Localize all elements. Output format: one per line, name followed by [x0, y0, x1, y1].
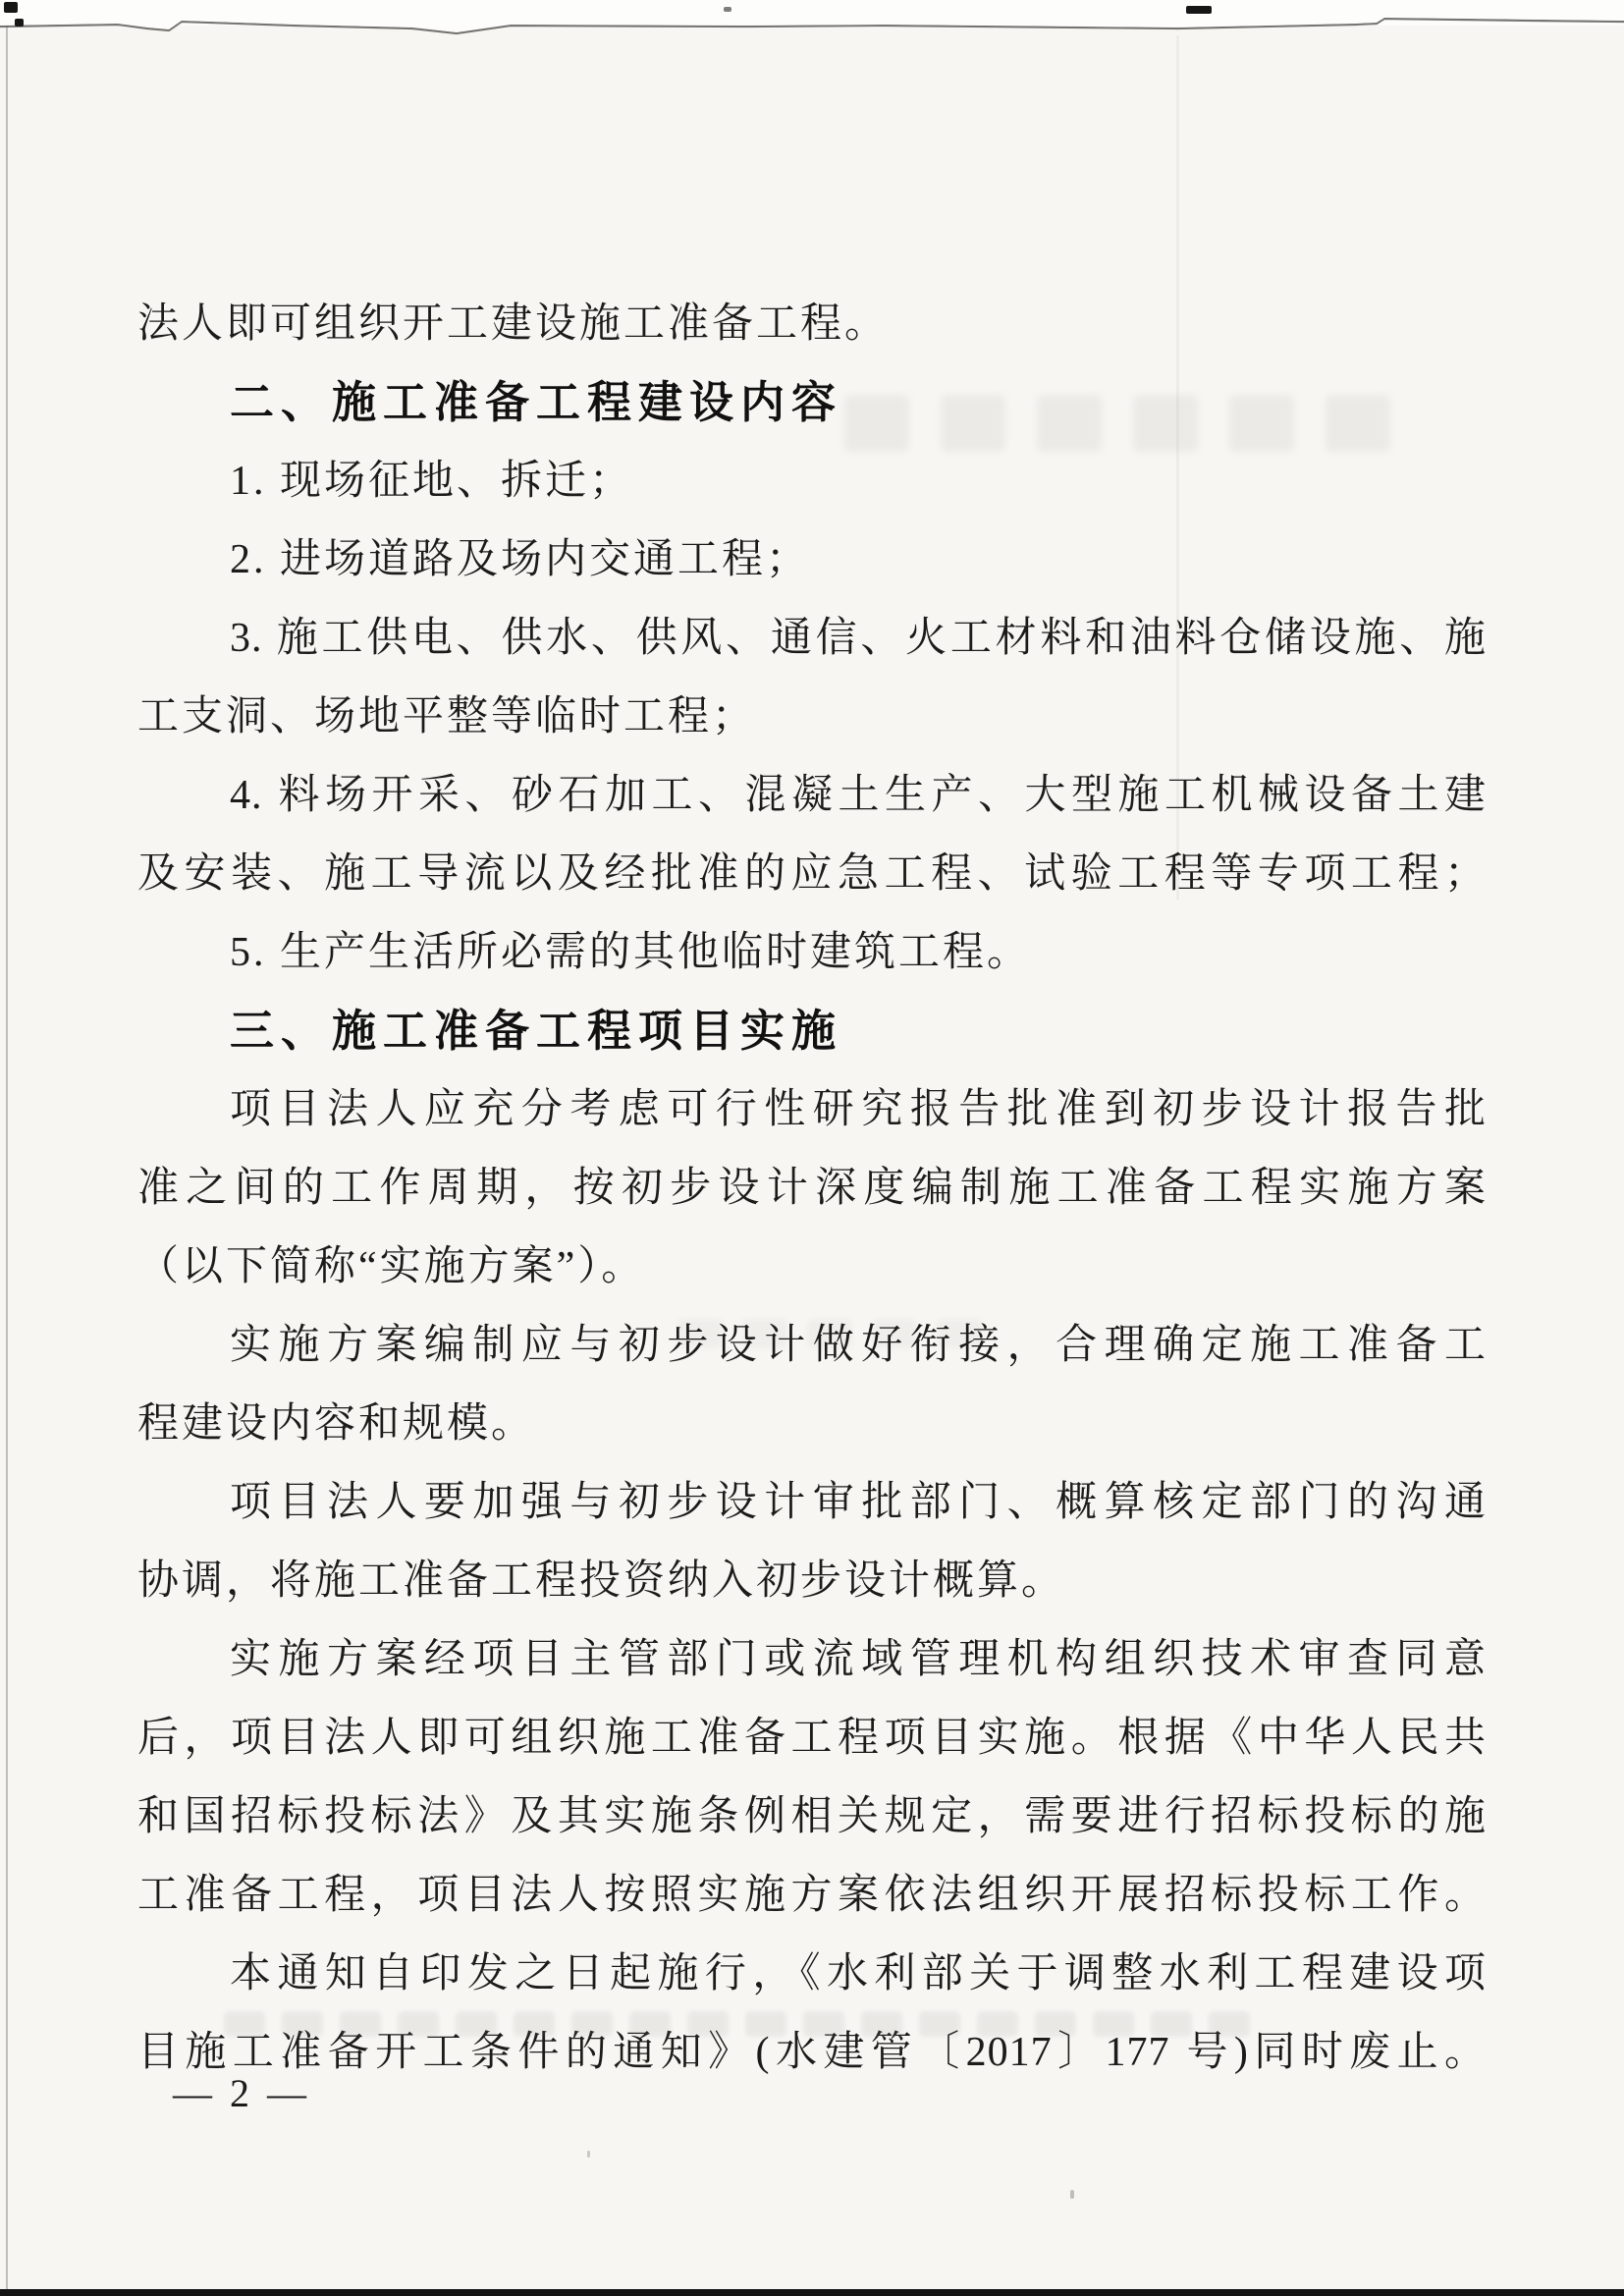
text-line: 1. 现场征地、拆迁； — [137, 442, 1487, 520]
text-line: 工支洞、场地平整等临时工程； — [137, 678, 1487, 756]
text-line: 准之间的工作周期，按初步设计深度编制施工准备工程实施方案 — [137, 1149, 1487, 1228]
document-body: 法人即可组织开工建设施工准备工程。二、施工准备工程建设内容1. 现场征地、拆迁；… — [137, 285, 1487, 2092]
bleed-through-ghost — [456, 2011, 497, 2037]
text-line: 协调，将施工准备工程投资纳入初步设计概算。 — [137, 1542, 1487, 1620]
scan-speck — [1070, 2190, 1074, 2199]
bleed-through-ghost — [687, 2011, 729, 2037]
scan-speck — [724, 7, 731, 12]
text-line: 2. 进场道路及场内交通工程； — [137, 520, 1487, 599]
bleed-through-ghost — [919, 2011, 960, 2037]
bleed-through-ghost — [977, 2011, 1018, 2037]
text-line: 实施方案编制应与初步设计做好衔接，合理确定施工准备工 — [137, 1306, 1487, 1385]
text-line: 项目法人应充分考虑可行性研究报告批准到初步设计报告批 — [137, 1070, 1487, 1149]
bleed-through-ghost — [282, 2011, 323, 2037]
bleed-through-ghost — [1151, 2011, 1192, 2037]
scanned-document-page: 法人即可组织开工建设施工准备工程。二、施工准备工程建设内容1. 现场征地、拆迁；… — [0, 0, 1624, 2296]
text-line: 工准备工程，项目法人按照实施方案依法组织开展招标投标工作。 — [137, 1856, 1487, 1935]
text-line: 项目法人要加强与初步设计审批部门、概算核定部门的沟通 — [137, 1463, 1487, 1542]
scan-speck — [15, 19, 24, 27]
bleed-through-ghost — [1035, 2011, 1076, 2037]
page-number: — 2 — — [173, 2064, 310, 2123]
bleed-through-ghost — [224, 2011, 265, 2037]
text-line: 程建设内容和规模。 — [137, 1385, 1487, 1463]
text-line: 法人即可组织开工建设施工准备工程。 — [137, 285, 1487, 363]
text-line: 及安装、施工导流以及经批准的应急工程、试验工程等专项工程； — [137, 835, 1487, 913]
bleed-through-ghost — [745, 2011, 786, 2037]
page-top-edge-line — [0, 0, 1624, 43]
section-heading: 三、施工准备工程项目实施 — [137, 992, 1487, 1070]
text-line: 实施方案经项目主管部门或流域管理机构组织技术审查同意 — [137, 1620, 1487, 1699]
page-left-edge — [6, 26, 8, 2290]
scan-speck — [587, 2151, 590, 2158]
bleed-through-ghost — [340, 2011, 381, 2037]
page-bottom-edge — [0, 2289, 1624, 2296]
scan-speck — [1186, 6, 1212, 14]
bleed-through-ghost — [1093, 2011, 1134, 2037]
text-line: 和国招标投标法》及其实施条例相关规定，需要进行招标投标的施 — [137, 1777, 1487, 1856]
text-line: 5. 生产生活所必需的其他临时建筑工程。 — [137, 913, 1487, 992]
bleed-through-ghost — [861, 2011, 902, 2037]
text-line: 本通知自印发之日起施行，《水利部关于调整水利工程建设项 — [137, 1935, 1487, 2013]
bleed-through-ghost — [571, 2011, 613, 2037]
bleed-through-ghost — [398, 2011, 439, 2037]
scan-speck — [4, 2, 18, 13]
bleed-through-ghost — [1209, 2011, 1250, 2037]
text-line: （以下简称“实施方案”）。 — [137, 1228, 1487, 1306]
bleed-through-ghost — [629, 2011, 671, 2037]
bleed-through-ghost — [803, 2011, 844, 2037]
section-heading: 二、施工准备工程建设内容 — [137, 363, 1487, 442]
bleed-through-ghost — [514, 2011, 555, 2037]
text-line: 4. 料场开采、砂石加工、混凝土生产、大型施工机械设备土建 — [137, 756, 1487, 835]
text-line: 3. 施工供电、供水、供风、通信、火工材料和油料仓储设施、施 — [137, 599, 1487, 678]
text-line: 后，项目法人即可组织施工准备工程项目实施。根据《中华人民共 — [137, 1699, 1487, 1777]
